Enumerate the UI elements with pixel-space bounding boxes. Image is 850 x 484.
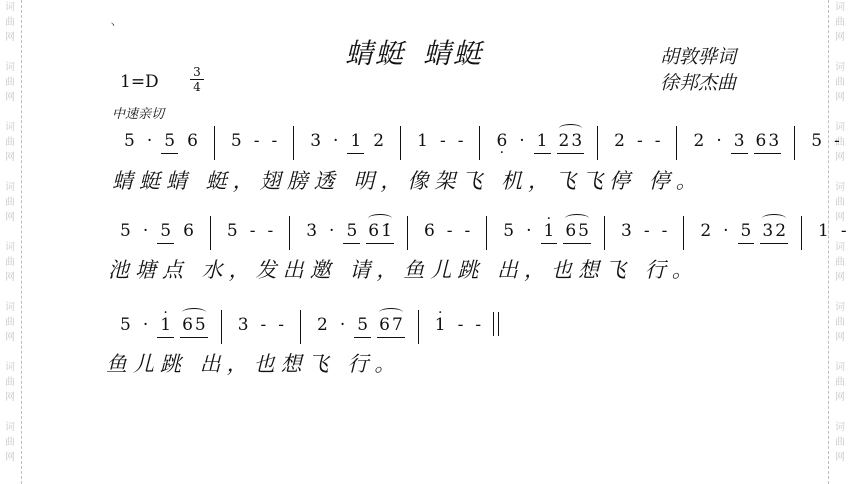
dot-augmentation: ·	[327, 130, 344, 152]
lyrics-line-3: 鱼儿跳 出，也想飞 行。	[106, 348, 401, 378]
dash-extension: -	[459, 220, 477, 242]
watermark-group: 词曲网	[835, 300, 845, 360]
note: 6	[181, 130, 204, 152]
note: 6	[564, 220, 577, 242]
watermark-group: 词曲网	[835, 360, 845, 420]
note: 2	[608, 130, 631, 152]
measure: 5·165	[114, 314, 211, 336]
watermark-group: 词曲网	[835, 240, 845, 300]
measure: 6·123	[490, 130, 587, 152]
dash-extension: -	[244, 220, 262, 242]
note: 1	[429, 314, 452, 336]
watermark-char: 网	[5, 270, 15, 285]
watermark-char: 曲	[5, 435, 15, 450]
dot-augmentation: ·	[520, 220, 537, 242]
note-group: 23	[554, 130, 588, 152]
note: 5	[221, 220, 244, 242]
note: 6	[418, 220, 441, 242]
watermark-char: 网	[835, 150, 845, 165]
dash-extension: -	[452, 314, 470, 336]
composer-credit: 徐邦杰曲	[660, 70, 736, 96]
note: 5	[577, 220, 590, 242]
watermark-char: 词	[5, 360, 15, 375]
barline	[794, 126, 795, 160]
note: 3	[728, 130, 751, 152]
dash-extension: -	[656, 220, 674, 242]
dot-augmentation: ·	[141, 130, 158, 152]
watermark-group: 词曲网	[5, 360, 15, 420]
note: 6	[378, 314, 391, 336]
dash-extension: -	[649, 130, 667, 152]
dot-augmentation: ·	[717, 220, 734, 242]
barline	[210, 216, 211, 250]
watermark-char: 曲	[5, 315, 15, 330]
note: 1	[344, 130, 367, 152]
note: 2	[687, 130, 710, 152]
note: 5	[340, 220, 363, 242]
credits: 胡敦骅词 徐邦杰曲	[660, 44, 736, 96]
note: 6	[755, 130, 768, 152]
barline	[597, 126, 598, 160]
barline	[407, 216, 408, 250]
measure: 1--	[411, 130, 469, 152]
watermark-column-left: 词曲网词曲网词曲网词曲网词曲网词曲网词曲网词曲网	[0, 0, 20, 484]
lyrics-line-2: 池塘点 水，发出邀 请，鱼儿跳 出，也想飞 行。	[108, 254, 699, 284]
watermark-char: 词	[5, 300, 15, 315]
note: 5	[351, 314, 374, 336]
barline	[801, 216, 802, 250]
dot-augmentation: ·	[513, 130, 530, 152]
measure: 5·165	[497, 220, 594, 242]
measure: 1--	[812, 220, 850, 242]
watermark-char: 网	[835, 270, 845, 285]
watermark-char: 曲	[5, 195, 15, 210]
note: 5	[154, 220, 177, 242]
dash-extension: -	[434, 130, 452, 152]
watermark-char: 网	[835, 330, 845, 345]
time-signature-top: 3	[190, 66, 204, 78]
watermark-char: 网	[835, 450, 845, 465]
measure: 5--	[221, 220, 279, 242]
watermark-char: 曲	[5, 135, 15, 150]
watermark-group: 词曲网	[5, 120, 15, 180]
note: 3	[761, 220, 774, 242]
watermark-char: 曲	[5, 75, 15, 90]
dash-extension: -	[265, 130, 283, 152]
note: 5	[118, 130, 141, 152]
time-signature: 3 4	[190, 66, 204, 93]
note: 1̇	[380, 220, 393, 242]
dash-extension: -	[631, 130, 649, 152]
measure: 5--	[225, 130, 283, 152]
watermark-char: 网	[5, 90, 15, 105]
barline	[683, 216, 684, 250]
note: 2	[367, 130, 390, 152]
lyrics-line-1: 蜻蜓蜻 蜓，翅膀透 明，像架飞 机，飞飞停 停。	[112, 165, 703, 195]
note: 3	[300, 220, 323, 242]
watermark-char: 词	[5, 180, 15, 195]
watermark-char: 曲	[835, 75, 845, 90]
note: 6	[490, 130, 513, 152]
dash-extension: -	[469, 314, 487, 336]
watermark-group: 词曲网	[835, 0, 845, 60]
measure: 2·363	[687, 130, 784, 152]
barline	[289, 216, 290, 250]
note-group: 67	[374, 314, 408, 336]
watermark-group: 词曲网	[5, 300, 15, 360]
note: 5	[194, 314, 207, 336]
dash-extension: -	[835, 220, 850, 242]
note: 1	[154, 314, 177, 336]
margin-divider-right	[828, 0, 829, 484]
watermark-char: 网	[5, 390, 15, 405]
barline	[676, 126, 677, 160]
note: 6	[181, 314, 194, 336]
note: 5	[225, 130, 248, 152]
watermark-group: 词曲网	[5, 240, 15, 300]
measure: 1--	[429, 314, 487, 336]
watermark-char: 网	[835, 90, 845, 105]
final-barline	[493, 312, 499, 336]
watermark-char: 曲	[5, 255, 15, 270]
notation-line-2: 5·565--3·561̇6--5·1653--2·5321--	[114, 208, 850, 242]
barline	[418, 310, 419, 344]
watermark-group: 词曲网	[835, 420, 845, 480]
watermark-char: 词	[835, 300, 845, 315]
watermark-group: 词曲网	[5, 180, 15, 240]
measure: 5·56	[114, 220, 200, 242]
note: 2	[774, 220, 787, 242]
note: 5	[114, 220, 137, 242]
measure: 6--	[418, 220, 476, 242]
note-group: 65	[177, 314, 211, 336]
watermark-char: 网	[5, 450, 15, 465]
watermark-char: 词	[835, 0, 845, 15]
measure: 2--	[608, 130, 666, 152]
note: 3	[232, 314, 255, 336]
title-word-2: 蜻蜓	[423, 37, 483, 70]
note: 3	[570, 130, 583, 152]
measure: 3·561̇	[300, 220, 397, 242]
watermark-char: 词	[5, 60, 15, 75]
note: 5	[497, 220, 520, 242]
note: 5	[158, 130, 181, 152]
barline	[479, 126, 480, 160]
dash-extension: -	[261, 220, 279, 242]
dash-extension: -	[846, 130, 850, 152]
measure: 5--	[805, 130, 850, 152]
note: 5	[735, 220, 758, 242]
watermark-column-right: 词曲网词曲网词曲网词曲网词曲网词曲网词曲网词曲网	[830, 0, 850, 484]
watermark-char: 曲	[835, 315, 845, 330]
measure: 5·56	[118, 130, 204, 152]
watermark-group: 词曲网	[5, 60, 15, 120]
watermark-char: 曲	[835, 15, 845, 30]
note: 7	[391, 314, 404, 336]
watermark-char: 词	[5, 420, 15, 435]
measure: 2·567	[311, 314, 408, 336]
note: 6	[177, 220, 200, 242]
song-title: 蜻蜓蜻蜓	[345, 32, 501, 72]
watermark-char: 曲	[835, 375, 845, 390]
dash-extension: -	[255, 314, 273, 336]
note: 6	[367, 220, 380, 242]
watermark-char: 词	[835, 60, 845, 75]
note: 3	[767, 130, 780, 152]
watermark-char: 曲	[5, 375, 15, 390]
watermark-char: 网	[5, 210, 15, 225]
measure: 3--	[615, 220, 673, 242]
note: 1	[531, 130, 554, 152]
watermark-char: 网	[5, 150, 15, 165]
dot-augmentation: ·	[334, 314, 351, 336]
watermark-group: 词曲网	[5, 0, 15, 60]
watermark-char: 词	[835, 180, 845, 195]
dot-augmentation: ·	[323, 220, 340, 242]
watermark-char: 词	[835, 240, 845, 255]
measure: 2·532	[694, 220, 791, 242]
measure: 3·12	[304, 130, 390, 152]
dash-extension: -	[272, 314, 290, 336]
watermark-char: 词	[835, 360, 845, 375]
dash-extension: -	[248, 130, 266, 152]
title-word-1: 蜻蜓	[345, 37, 405, 70]
watermark-group: 词曲网	[835, 60, 845, 120]
watermark-char: 曲	[5, 15, 15, 30]
note: 1	[812, 220, 835, 242]
watermark-char: 词	[5, 0, 15, 15]
dot-augmentation: ·	[137, 314, 154, 336]
notation-line-1: 5·565--3·121--6·1232--2·3635--	[118, 118, 850, 152]
notation-line-3: 5·1653--2·5671--	[114, 302, 499, 336]
time-signature-bottom: 4	[190, 81, 204, 93]
watermark-char: 词	[5, 240, 15, 255]
measure: 3--	[232, 314, 290, 336]
note: 5	[114, 314, 137, 336]
note-group: 32	[757, 220, 791, 242]
note-group: 65	[560, 220, 594, 242]
dash-extension: -	[828, 130, 846, 152]
watermark-char: 网	[5, 30, 15, 45]
dot-augmentation: ·	[710, 130, 727, 152]
note: 2	[694, 220, 717, 242]
dash-extension: -	[638, 220, 656, 242]
watermark-char: 曲	[835, 435, 845, 450]
dash-extension: -	[452, 130, 470, 152]
watermark-char: 网	[835, 30, 845, 45]
barline	[300, 310, 301, 344]
note-group: 61̇	[363, 220, 397, 242]
barline	[400, 126, 401, 160]
note: 3	[615, 220, 638, 242]
watermark-char: 词	[5, 120, 15, 135]
key-signature: 1=D	[120, 72, 159, 92]
barline	[221, 310, 222, 344]
note: 3	[304, 130, 327, 152]
barline	[486, 216, 487, 250]
watermark-char: 词	[835, 420, 845, 435]
note: 1	[411, 130, 434, 152]
note: 2	[558, 130, 571, 152]
watermark-char: 网	[835, 390, 845, 405]
watermark-char: 曲	[835, 255, 845, 270]
watermark-char: 网	[5, 330, 15, 345]
note: 5	[805, 130, 828, 152]
lyricist-credit: 胡敦骅词	[660, 44, 736, 70]
dot-augmentation: ·	[137, 220, 154, 242]
note: 2	[311, 314, 334, 336]
barline	[293, 126, 294, 160]
watermark-group: 词曲网	[5, 420, 15, 480]
stray-mark: 丶	[108, 18, 117, 31]
barline	[604, 216, 605, 250]
barline	[214, 126, 215, 160]
note: 1	[538, 220, 561, 242]
note-group: 63	[751, 130, 785, 152]
dash-extension: -	[441, 220, 459, 242]
